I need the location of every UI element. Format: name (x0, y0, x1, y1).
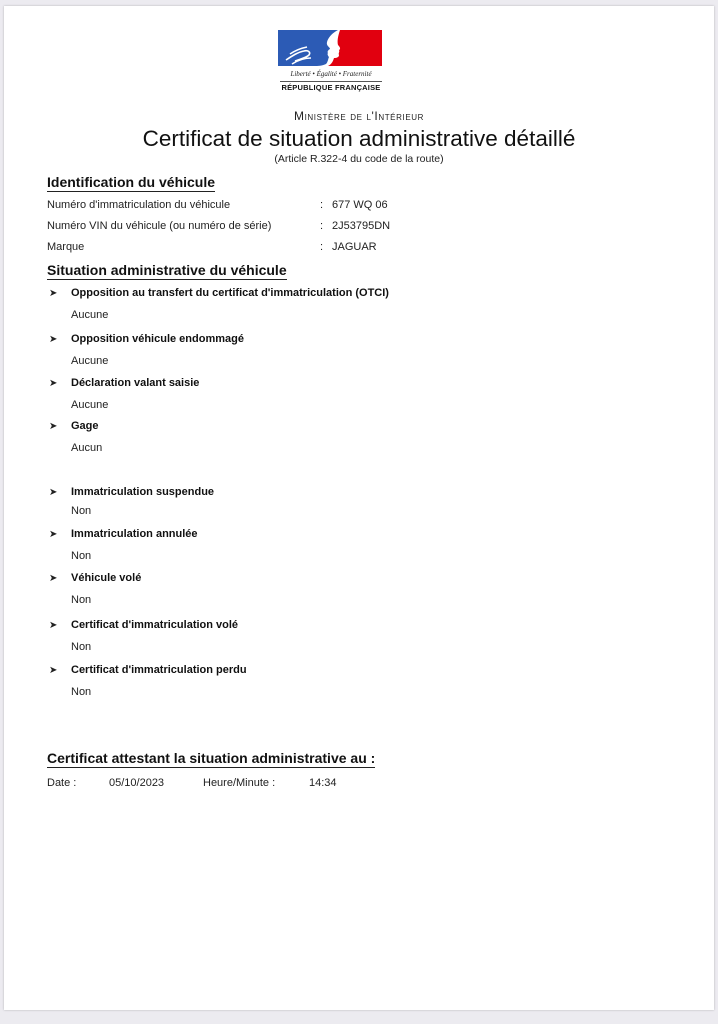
attestation-section-title: Certificat attestant la situation admini… (47, 750, 375, 768)
ident-value: 2J53795DN (332, 219, 390, 233)
status-label: Immatriculation suspendue (71, 486, 214, 498)
status-item: ➤ Opposition au transfert du certificat … (47, 287, 647, 327)
arrowhead-bullet-icon: ➤ (49, 334, 57, 345)
logo-divider (280, 81, 382, 82)
status-label: Opposition véhicule endommagé (71, 333, 244, 345)
status-label: Certificat d'immatriculation volé (71, 619, 238, 631)
status-value: Aucun (71, 442, 102, 454)
ident-label: Numéro VIN du véhicule (ou numéro de sér… (47, 219, 271, 233)
status-label: Certificat d'immatriculation perdu (71, 664, 247, 676)
status-item: ➤ Déclaration valant saisie Aucune (47, 377, 647, 417)
arrowhead-bullet-icon: ➤ (49, 573, 57, 584)
status-item: ➤ Véhicule volé Non (47, 572, 647, 612)
republic-motto: Liberté • Égalité • Fraternité (278, 70, 384, 78)
ident-label: Numéro d'immatriculation du véhicule (47, 198, 230, 212)
marianne-flag-icon (278, 30, 382, 66)
status-label: Déclaration valant saisie (71, 377, 199, 389)
status-value: Aucune (71, 309, 108, 321)
arrowhead-bullet-icon: ➤ (49, 487, 57, 498)
arrowhead-bullet-icon: ➤ (49, 378, 57, 389)
status-label: Véhicule volé (71, 572, 141, 584)
page-subtitle: (Article R.322-4 du code de la route) (4, 153, 714, 165)
ident-value: JAGUAR (332, 240, 377, 254)
ident-separator: : (320, 219, 323, 233)
status-item: ➤ Gage Aucun (47, 420, 647, 460)
ministry-name: Ministère de l'Intérieur (4, 109, 714, 123)
status-item: ➤ Certificat d'immatriculation volé Non (47, 619, 647, 659)
arrowhead-bullet-icon: ➤ (49, 620, 57, 631)
situation-section-title: Situation administrative du véhicule (47, 262, 287, 280)
marianne-logo: Liberté • Égalité • Fraternité RÉPUBLIQU… (278, 30, 384, 100)
status-value: Non (71, 641, 91, 653)
status-value: Aucune (71, 399, 108, 411)
status-item: ➤ Immatriculation suspendue Non (47, 486, 647, 526)
status-item: ➤ Immatriculation annulée Non (47, 528, 647, 568)
ident-value: 677 WQ 06 (332, 198, 388, 212)
arrowhead-bullet-icon: ➤ (49, 529, 57, 540)
ident-separator: : (320, 240, 323, 254)
ident-separator: : (320, 198, 323, 212)
page-title: Certificat de situation administrative d… (4, 126, 714, 152)
status-value: Aucune (71, 355, 108, 367)
status-label: Opposition au transfert du certificat d'… (71, 287, 389, 299)
date-label: Date : (47, 777, 76, 789)
certificate-page: Liberté • Égalité • Fraternité RÉPUBLIQU… (4, 6, 714, 1010)
status-label: Immatriculation annulée (71, 528, 198, 540)
status-value: Non (71, 686, 91, 698)
arrowhead-bullet-icon: ➤ (49, 288, 57, 299)
arrowhead-bullet-icon: ➤ (49, 665, 57, 676)
status-value: Non (71, 594, 91, 606)
date-value: 05/10/2023 (109, 777, 164, 789)
status-value: Non (71, 550, 91, 562)
ident-label: Marque (47, 240, 84, 254)
status-value: Non (71, 505, 91, 517)
status-label: Gage (71, 420, 99, 432)
status-item: ➤ Certificat d'immatriculation perdu Non (47, 664, 647, 704)
time-value: 14:34 (309, 777, 337, 789)
attestation-datetime-row: Date : 05/10/2023 Heure/Minute : 14:34 (47, 777, 447, 793)
time-label: Heure/Minute : (203, 777, 275, 789)
identification-section-title: Identification du véhicule (47, 174, 215, 192)
arrowhead-bullet-icon: ➤ (49, 421, 57, 432)
status-item: ➤ Opposition véhicule endommagé Aucune (47, 333, 647, 373)
republic-name: RÉPUBLIQUE FRANÇAISE (278, 83, 384, 92)
